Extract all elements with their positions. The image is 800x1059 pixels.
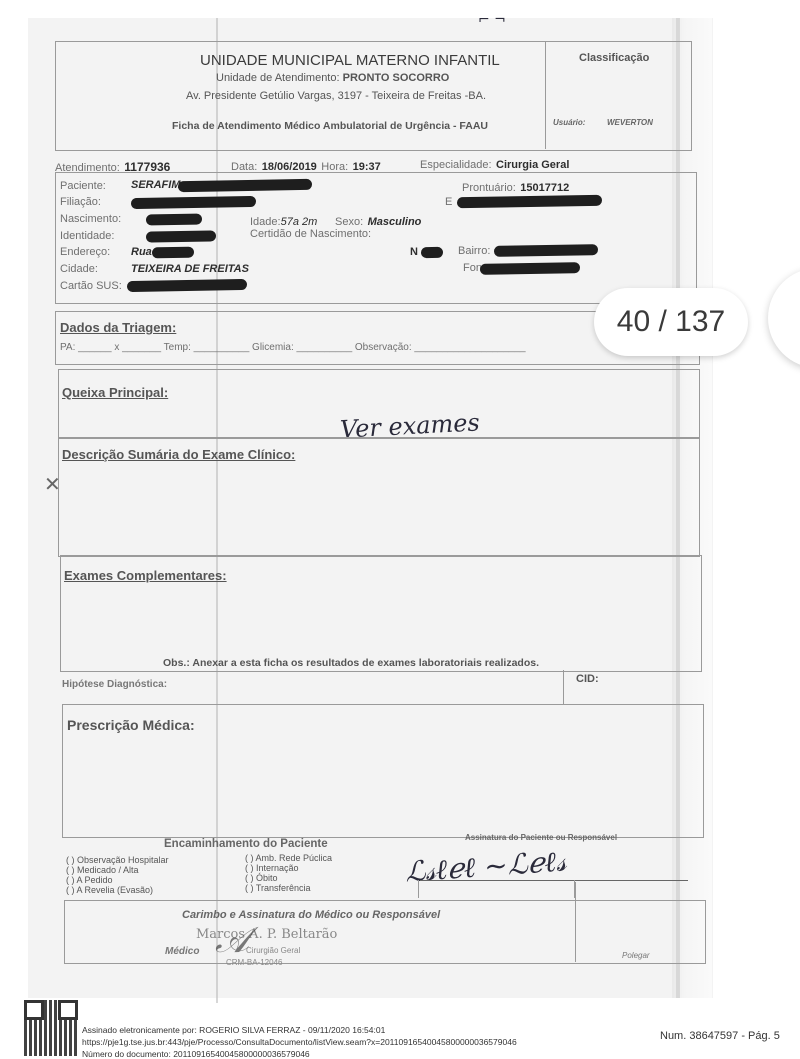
temp-label: Temp:: [164, 342, 191, 353]
option-a-pedido[interactable]: ( ) A Pedido: [66, 875, 169, 885]
endereco-label: Endereço:: [60, 246, 110, 258]
option-observacao-hospitalar[interactable]: ( ) Observação Hospitalar: [66, 855, 169, 865]
stamp-specialty: Cirurgião Geral: [246, 946, 300, 955]
signed-by: Assinado eletronicamente por: ROGERIO SI…: [82, 1025, 385, 1035]
document-url[interactable]: https://pje1g.tse.jus.br:443/pje/Process…: [82, 1037, 517, 1047]
idade-value: 57a 2m: [281, 216, 318, 228]
redaction: [480, 262, 580, 275]
page-indicator: 40 / 137: [594, 288, 748, 356]
observacao-label: Observação:: [355, 342, 412, 353]
triagem-fields: PA: ______ x _______ Temp: __________ Gl…: [60, 342, 526, 353]
institution-name: UNIDADE MUNICIPAL MATERNO INFANTIL: [200, 52, 500, 69]
classification-label: Classificação: [579, 52, 649, 64]
x-label: x: [114, 342, 119, 353]
qr-code: [24, 1000, 78, 1056]
endereco-value: Rua: [131, 246, 152, 258]
nascimento-label: Nascimento:: [60, 213, 121, 225]
polegar-box: [575, 882, 705, 962]
exame-clinico-title: Descrição Sumária do Exame Clínico:: [62, 447, 295, 462]
medico-label: Médico: [165, 946, 199, 957]
doctor-signature: 𝒜: [215, 920, 249, 962]
user-label: Usuário:: [553, 118, 585, 127]
prontuario: Prontuário: 15017712: [462, 178, 569, 196]
especialidade-label: Especialidade:: [420, 159, 492, 171]
form-title: Ficha de Atendimento Médico Ambulatorial…: [172, 120, 488, 132]
unit-value: PRONTO SOCORRO: [343, 72, 450, 84]
signature-label: Assinatura do Paciente ou Responsável: [465, 833, 617, 842]
address: Av. Presidente Getúlio Vargas, 3197 - Te…: [186, 90, 486, 102]
unit-line: Unidade de Atendimento: PRONTO SOCORRO: [216, 72, 449, 84]
redaction: [146, 214, 202, 226]
redaction: [127, 279, 247, 292]
pa-label: PA:: [60, 342, 75, 353]
exames-obs: Obs.: Anexar a esta ficha os resultados …: [163, 657, 539, 669]
glicemia-label: Glicemia:: [252, 342, 294, 353]
paciente-value: SERAFIM: [131, 179, 181, 191]
option-a-revelia[interactable]: ( ) A Revelia (Evasão): [66, 885, 169, 895]
next-page-button[interactable]: [768, 268, 800, 368]
sexo-value: Masculino: [368, 216, 422, 228]
user-value: WEVERTON: [607, 118, 653, 127]
polegar-label: Polegar: [622, 951, 650, 960]
prescricao-title: Prescrição Médica:: [67, 717, 195, 733]
cidade-value: TEIXEIRA DE FREITAS: [131, 263, 249, 275]
redaction: [421, 247, 443, 258]
bairro-label: Bairro:: [458, 245, 490, 257]
redaction: [178, 179, 312, 192]
queixa-title: Queixa Principal:: [62, 385, 168, 400]
paciente-label: Paciente:: [60, 180, 106, 192]
x-mark: ✕: [44, 472, 61, 497]
hipotese-label: Hipótese Diagnóstica:: [62, 679, 167, 690]
redaction: [152, 247, 194, 259]
signature-box: [418, 880, 575, 898]
document-number: Número do documento: 2011091654004580000…: [82, 1049, 310, 1059]
sexo-label: Sexo:: [335, 216, 363, 228]
option-obito[interactable]: ( ) Óbito: [245, 873, 332, 883]
prontuario-value: 15017712: [520, 182, 569, 194]
redaction: [131, 196, 256, 209]
encaminhamento-right-options: ( ) Amb. Rede Púclica ( ) Internação ( )…: [245, 853, 332, 893]
option-internacao[interactable]: ( ) Internação: [245, 863, 332, 873]
page-reference: Num. 38647597 - Pág. 5: [660, 1030, 780, 1042]
filiacao-label: Filiação:: [60, 196, 101, 208]
especialidade-value: Cirurgia Geral: [496, 159, 569, 171]
redaction: [146, 230, 216, 242]
cartao-sus-label: Cartão SUS:: [60, 280, 122, 292]
especialidade: Especialidade: Cirurgia Geral: [420, 155, 569, 173]
idade-label: Idade:: [250, 216, 281, 228]
triagem-title: Dados da Triagem:: [60, 320, 176, 335]
encaminhamento-title: Encaminhamento do Paciente: [164, 838, 328, 850]
certidao-label: Certidão de Nascimento:: [250, 228, 371, 240]
filiacao-e: E: [445, 196, 452, 208]
redaction: [494, 244, 598, 257]
option-transferencia[interactable]: ( ) Transferência: [245, 883, 332, 893]
exames-complementares-title: Exames Complementares:: [64, 568, 227, 583]
option-medicado-alta[interactable]: ( ) Medicado / Alta: [66, 865, 169, 875]
cidade-label: Cidade:: [60, 263, 98, 275]
unit-label: Unidade de Atendimento:: [216, 72, 340, 84]
option-amb-rede-publica[interactable]: ( ) Amb. Rede Púclica: [245, 853, 332, 863]
prontuario-label: Prontuário:: [462, 182, 516, 194]
encaminhamento-left-options: ( ) Observação Hospitalar ( ) Medicado /…: [66, 855, 169, 895]
top-mark: ⌐ ¬: [478, 12, 506, 28]
numero-label: N: [410, 246, 418, 258]
identidade-label: Identidade:: [60, 230, 114, 242]
cid-label: CID:: [576, 673, 599, 685]
